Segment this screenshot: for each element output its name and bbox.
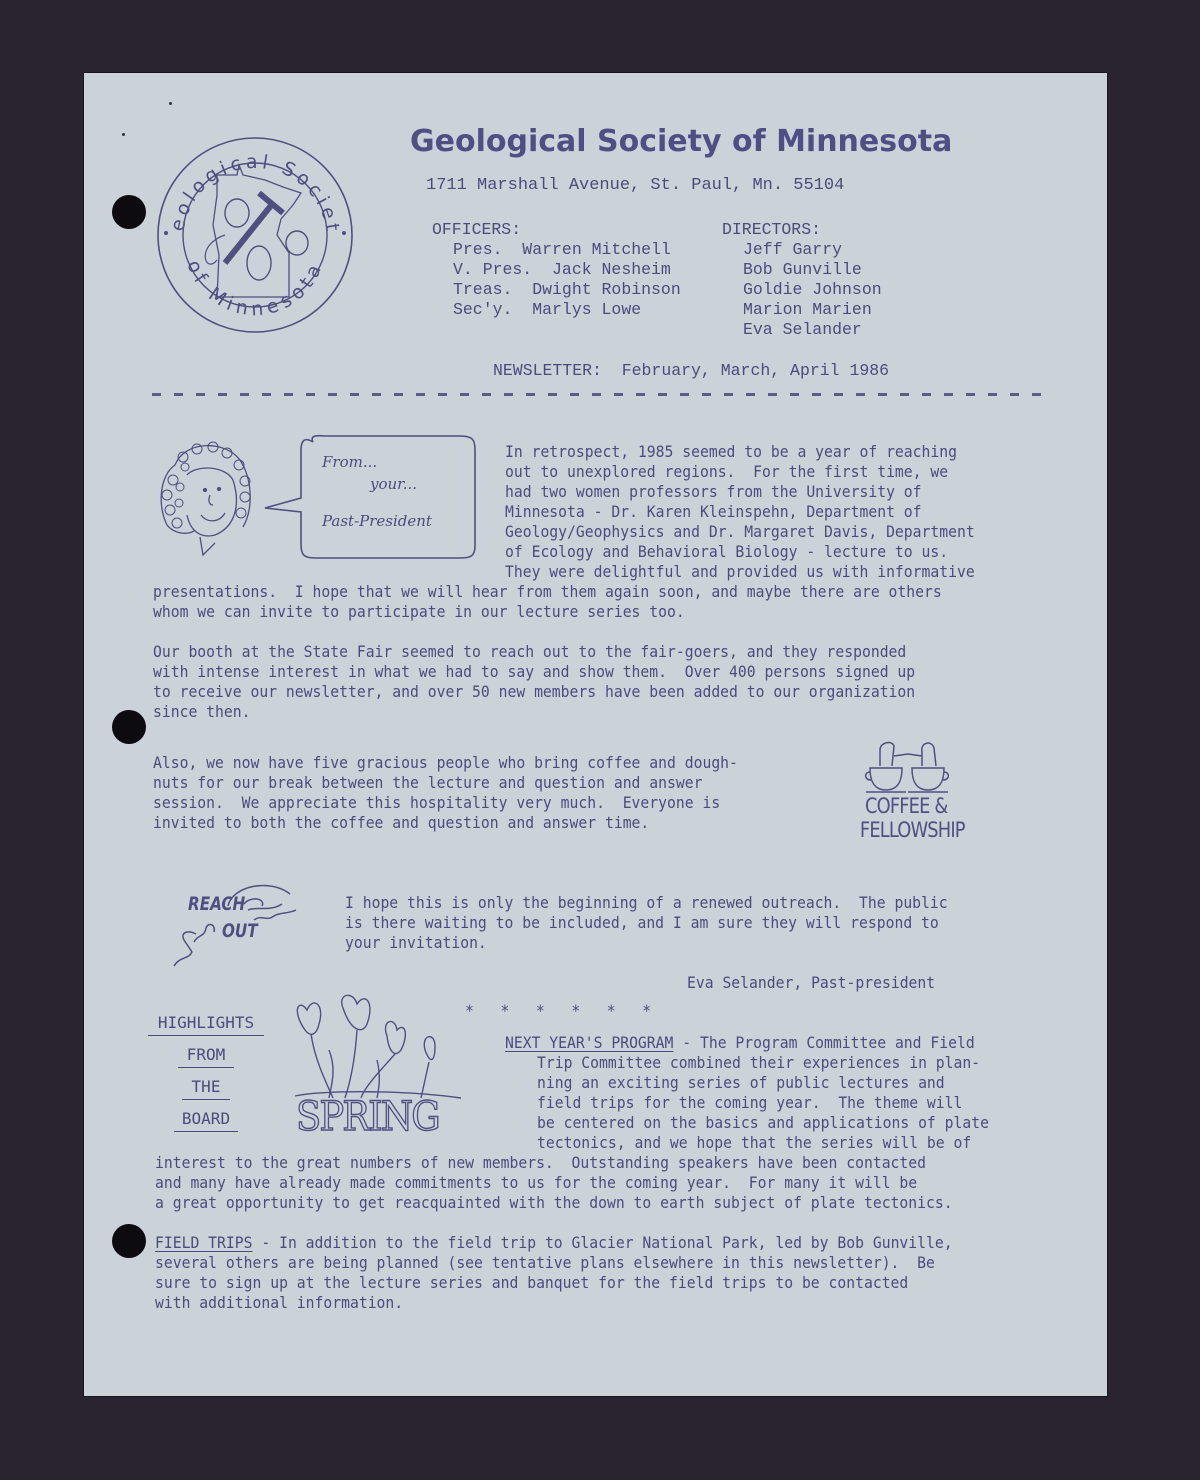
paragraph-retrospect: In retrospect, 1985 seemed to be a year … xyxy=(505,442,1016,582)
text-line: ning an exciting series of public lectur… xyxy=(537,1073,989,1093)
spring-art-text: SPRING xyxy=(296,1094,439,1140)
paper-speck xyxy=(169,102,172,105)
newsletter-date: NEWSLETTER: February, March, April 1986 xyxy=(493,361,889,381)
paragraph-state-fair: Our booth at the State Fair seemed to re… xyxy=(153,642,981,722)
text-line: Geology/Geophysics and Dr. Margaret Davi… xyxy=(505,522,975,542)
heading-line: BOARD xyxy=(174,1109,238,1132)
crocus-flowers-icon xyxy=(285,990,465,1100)
text-line: nuts for our break between the lecture a… xyxy=(153,773,738,793)
director: Eva Selander xyxy=(743,320,882,340)
bubble-line: your... xyxy=(370,475,417,493)
heading-line: THE xyxy=(182,1077,230,1100)
text-line: Minnesota - Dr. Karen Kleinspehn, Depart… xyxy=(505,502,975,522)
director: Jeff Garry xyxy=(743,240,882,260)
dashed-divider xyxy=(152,393,1047,396)
officer: V. Pres. Jack Nesheim xyxy=(453,260,681,280)
bubble-line: Past-President xyxy=(322,512,432,530)
text-line: presentations. I hope that we will hear … xyxy=(153,582,942,602)
field-trips-label: FIELD TRIPS xyxy=(155,1233,252,1252)
binder-hole xyxy=(112,710,146,744)
paper-speck xyxy=(122,133,125,136)
coffee-cups-icon xyxy=(862,738,962,794)
reaching-hand-icon xyxy=(170,876,320,968)
binder-hole xyxy=(112,195,146,229)
organization-title: Geological Society of Minnesota xyxy=(410,124,952,159)
svg-text:of Minnesota: of Minnesota xyxy=(182,257,327,320)
text-line: In retrospect, 1985 seemed to be a year … xyxy=(505,442,975,462)
highlights-heading: HIGHLIGHTS FROM THE BOARD xyxy=(148,1013,264,1141)
bubble-line: From... xyxy=(322,453,377,471)
text-line: be centered on the basics and applicatio… xyxy=(537,1113,989,1133)
text-line: I hope this is only the beginning of a r… xyxy=(345,893,948,913)
text-line: whom we can invite to participate in our… xyxy=(153,602,942,622)
paragraph-retrospect-cont: presentations. I hope that we will hear … xyxy=(153,582,1010,622)
coffee-art-line: FELLOWSHIP xyxy=(860,818,965,842)
director: Bob Gunville xyxy=(743,260,882,280)
svg-text:Geological Society: Geological Society xyxy=(155,135,344,236)
text-line: with additional information. xyxy=(155,1293,953,1313)
directors-label: DIRECTORS: xyxy=(722,220,821,240)
officer: Treas. Dwight Robinson xyxy=(453,280,681,300)
text-line: interest to the great numbers of new mem… xyxy=(155,1153,953,1173)
text-line: Our booth at the State Fair seemed to re… xyxy=(153,642,915,662)
next-year-full: interest to the great numbers of new mem… xyxy=(155,1153,1022,1213)
field-trips: FIELD TRIPS - In addition to the field t… xyxy=(155,1233,1022,1313)
text-line: and many have already made commitments t… xyxy=(155,1173,953,1193)
star-separator: * * * * * * xyxy=(465,1001,651,1021)
next-year-indented: Trip Committee combined their experience… xyxy=(537,1053,1028,1153)
woman-cartoon-icon xyxy=(155,435,255,560)
text-line: - The Program Committee and Field xyxy=(673,1033,974,1052)
text-line: is there waiting to be included, and I a… xyxy=(345,913,948,933)
society-seal-icon: Geological Society of Minnesota xyxy=(155,135,355,335)
coffee-fellowship-art: COFFEE & FELLOWSHIP xyxy=(865,794,965,842)
text-line: Trip Committee combined their experience… xyxy=(537,1053,989,1073)
next-year-label: NEXT YEAR'S PROGRAM xyxy=(505,1033,673,1052)
officers-list: Pres. Warren Mitchell V. Pres. Jack Nesh… xyxy=(453,240,681,320)
officer: Pres. Warren Mitchell xyxy=(453,240,681,260)
address: 1711 Marshall Avenue, St. Paul, Mn. 5510… xyxy=(426,176,844,196)
text-line: - In addition to the field trip to Glaci… xyxy=(252,1233,952,1252)
text-line: your invitation. xyxy=(345,933,948,953)
officer: Sec'y. Marlys Lowe xyxy=(453,300,681,320)
text-line: with intense interest in what we had to … xyxy=(153,662,915,682)
text-line: tectonics, and we hope that the series w… xyxy=(537,1133,989,1153)
text-line: had two women professors from the Univer… xyxy=(505,482,975,502)
coffee-art-line: COFFEE & xyxy=(865,794,965,818)
heading-line: FROM xyxy=(178,1045,234,1068)
text-line: field trips for the coming year. The the… xyxy=(537,1093,989,1113)
text-line: invited to both the coffee and question … xyxy=(153,813,738,833)
text-line: to receive our newsletter, and over 50 n… xyxy=(153,682,915,702)
text-line: of Ecology and Behavioral Biology - lect… xyxy=(505,542,975,562)
paragraph-outreach: I hope this is only the beginning of a r… xyxy=(345,893,1000,953)
text-line: sure to sign up at the lecture series an… xyxy=(155,1273,953,1293)
binder-hole xyxy=(112,1224,146,1258)
director: Goldie Johnson xyxy=(743,280,882,300)
heading-line: HIGHLIGHTS xyxy=(148,1013,264,1036)
text-line: Also, we now have five gracious people w… xyxy=(153,753,738,773)
text-line: session. We appreciate this hospitality … xyxy=(153,793,738,813)
officers-label: OFFICERS: xyxy=(432,220,521,240)
next-year-program: NEXT YEAR'S PROGRAM - The Program Commit… xyxy=(505,1033,1016,1053)
text-line: out to unexplored regions. For the first… xyxy=(505,462,975,482)
directors-list: Jeff Garry Bob Gunville Goldie Johnson M… xyxy=(743,240,882,340)
signature: Eva Selander, Past-president xyxy=(687,973,935,993)
text-line: They were delightful and provided us wit… xyxy=(505,562,975,582)
text-line: a great opportunity to get reacquainted … xyxy=(155,1193,953,1213)
paragraph-coffee: Also, we now have five gracious people w… xyxy=(153,753,789,833)
text-line: several others are being planned (see te… xyxy=(155,1253,953,1273)
text-line: since then. xyxy=(153,702,915,722)
director: Marion Marien xyxy=(743,300,882,320)
